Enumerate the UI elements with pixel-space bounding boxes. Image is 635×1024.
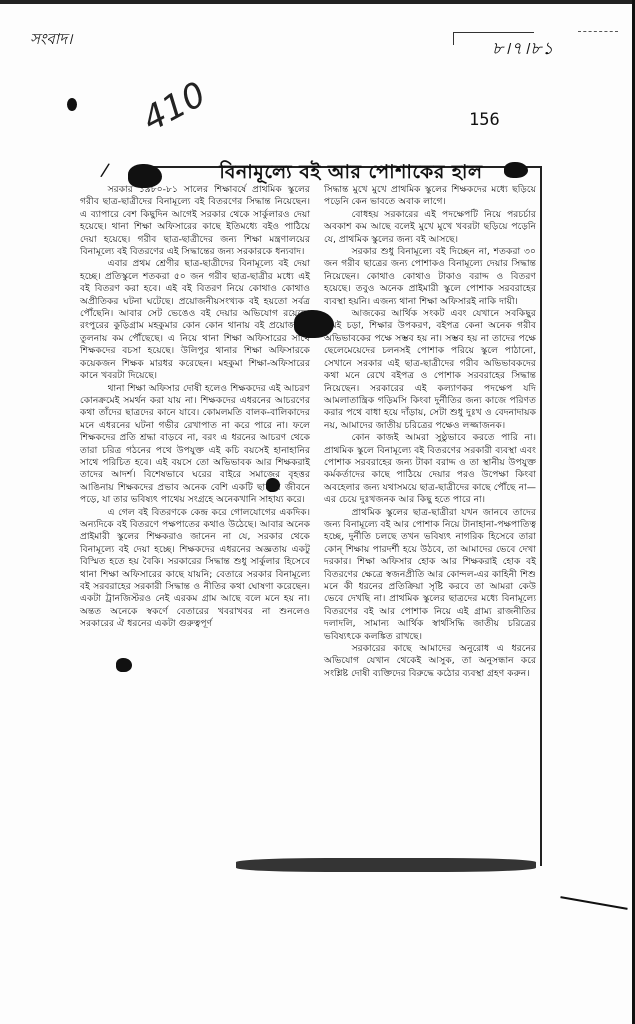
pen-tick-icon: /: [99, 160, 110, 182]
paragraph: এবার প্রথম শ্রেণীর ছাত্র-ছাত্রীদের বিনাম…: [80, 258, 310, 382]
paragraph: আজকের আর্থিক সংকট এবং যেখানে সবকিছুর দাম…: [324, 308, 536, 432]
newspaper-clipping: / বিনামূল্যে বই আর পোশাকের হাল সরকার ১৯৮…: [76, 160, 542, 880]
scan-top-edge: [0, 0, 635, 4]
ink-blot-icon: [116, 658, 132, 672]
article-left-column: সরকার ১৯৮০-৮১ সালের শিক্ষাবর্ষে প্রাথমিক…: [80, 184, 310, 631]
punch-hole-icon: [67, 98, 77, 111]
ink-blot-icon: [294, 310, 334, 338]
handwritten-folio-number: 410: [136, 74, 212, 140]
handwritten-source-label: সংবাদ।: [30, 28, 72, 53]
page-number: 156: [469, 110, 500, 130]
paragraph: সিদ্ধান্ত মুখে মুখে প্রাথমিক স্কুলের শিক…: [324, 184, 536, 209]
stamp-dash: [578, 31, 618, 32]
paragraph: কোন কাজই আমরা সুষ্ঠুভাবে করতে পারি না। প…: [324, 432, 536, 506]
article-right-column: সিদ্ধান্ত মুখে মুখে প্রাথমিক স্কুলের শিক…: [324, 184, 536, 680]
ink-blot-icon: [266, 478, 280, 492]
paragraph: সরকার ১৯৮০-৮১ সালের শিক্ষাবর্ষে প্রাথমিক…: [80, 184, 310, 258]
paragraph: সরকারের কাছে আমাদের অনুরোধ এ ধরনের অভিযো…: [324, 643, 536, 680]
paragraph: এ গেল বই বিতরণকে কেন্দ্র করে গোলযোগের এক…: [80, 507, 310, 631]
paragraph: বোধহয় সরকারের এই পদক্ষেপটি নিয়ে পরচর্চ…: [324, 209, 536, 246]
handwritten-date: ৮।৭।৮১: [492, 36, 554, 64]
clipping-right-rule: [540, 166, 542, 866]
paragraph: সরকার শুধু বিনামূল্যে বই দিচ্ছেন না, শতক…: [324, 246, 536, 308]
pen-stroke-mark: [560, 896, 627, 910]
paragraph: প্রাথমিক স্কুলের ছাত্র-ছাত্রীরা যখন জানব…: [324, 507, 536, 643]
scan-smudge: [236, 858, 536, 872]
